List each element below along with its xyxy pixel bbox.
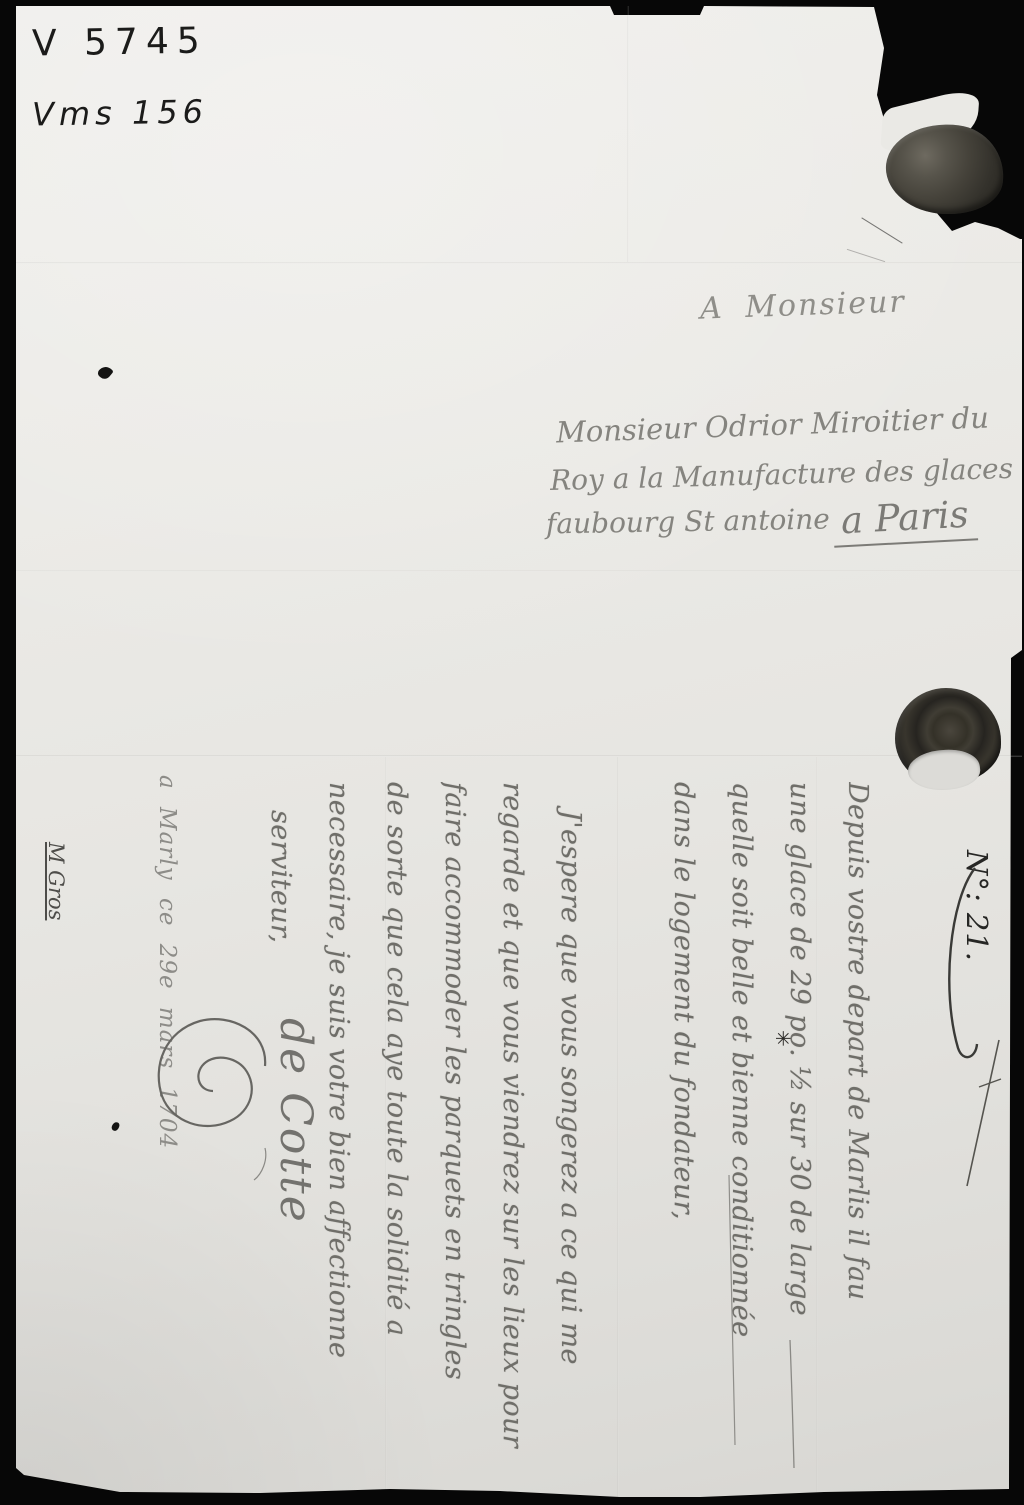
body-line: Depuis vostre depart de Marlis il fau: [828, 782, 886, 1498]
body-line: de sorte que cela aye toute la solidité …: [367, 782, 425, 1498]
body-line: J'espere que vous songerez a ce qui me: [541, 782, 599, 1498]
address-line-3: faubourg St antoine: [546, 503, 830, 541]
body-line: une glace de 29 po. ½ sur 30 de large: [770, 782, 828, 1498]
folio-number: N°: 21.: [960, 850, 994, 980]
scan-background: V 5745 Vms 156 A Monsieur Monsieur Odrio…: [0, 0, 1024, 1505]
archive-shelfmark-1: V 5745: [32, 20, 208, 64]
archive-shelfmark-2: Vms 156: [32, 92, 209, 133]
body-line: faire accommoder les parquets en tringle…: [425, 782, 483, 1498]
letter-body: Depuis vostre depart de Marlis il fau un…: [238, 782, 886, 1498]
dateline: a Marly ce 29e mars 1704: [144, 775, 190, 1215]
body-line: regarde et que vous viendrez sur les lie…: [483, 782, 541, 1498]
address-salutation: A Monsieur: [699, 284, 906, 326]
address-city: a Paris: [832, 492, 978, 547]
signature: de Cotte: [255, 1018, 335, 1278]
margin-note: M Gros: [44, 842, 68, 982]
body-line: dans le logement du fondateur,: [654, 782, 712, 1498]
body-line: quelle soit belle et bienne conditionnée: [712, 782, 770, 1498]
